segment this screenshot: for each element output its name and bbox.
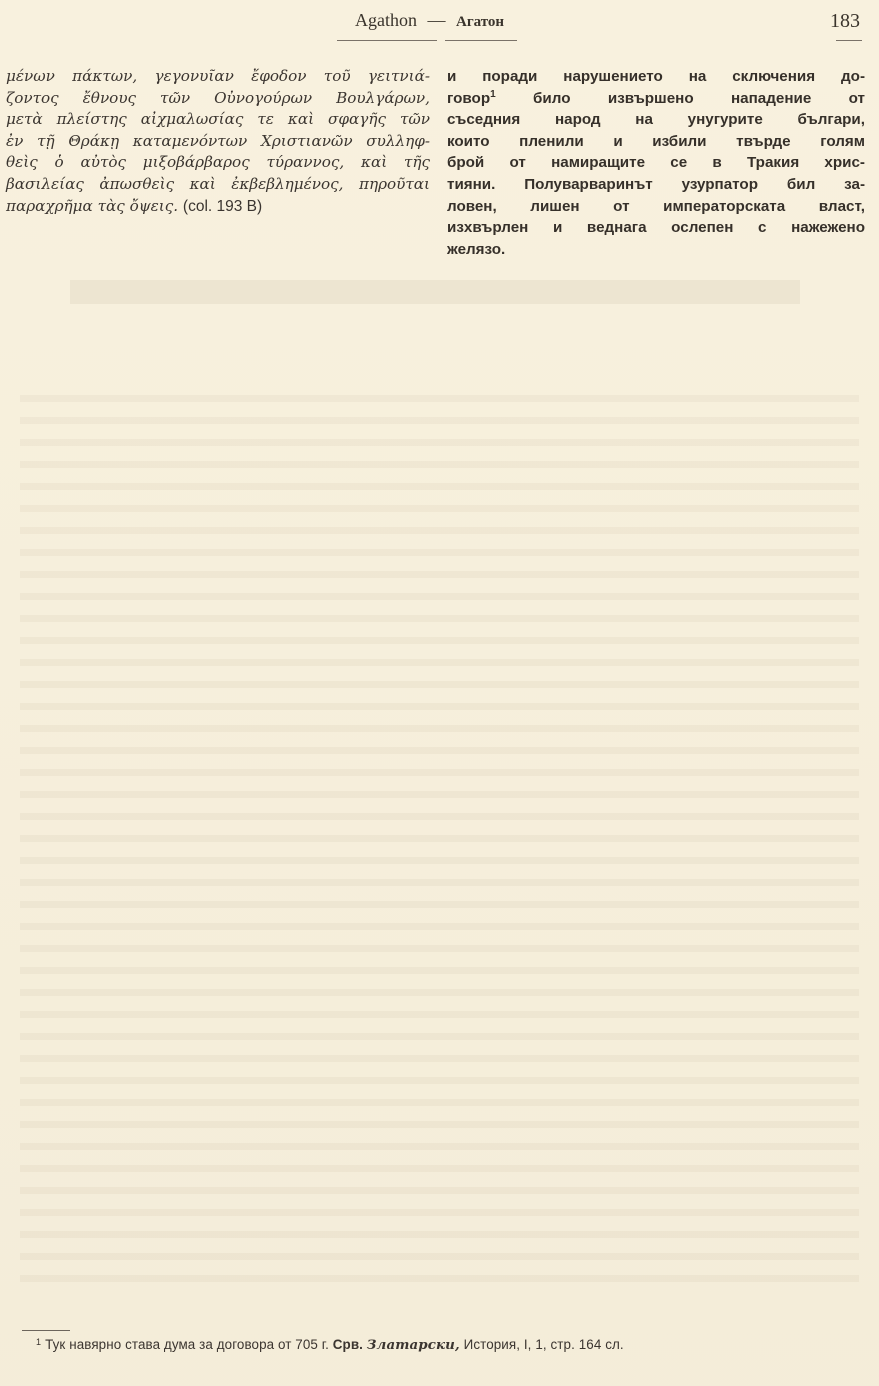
greek-column: μένων πάκτων, γεγονυῖαν ἔφοδον τοῦ γειτν…	[6, 66, 430, 217]
bulgarian-line: ловен, лишен от императорската власт,	[447, 196, 865, 218]
running-title-separator: —	[428, 10, 446, 30]
column-reference: (col. 193 B)	[183, 198, 262, 215]
bulgarian-line: брой от намиращите се в Тракия хрис-	[447, 152, 865, 174]
footnote-reference[interactable]: 1	[490, 89, 496, 100]
running-title-cyrillic: Агатон	[456, 14, 504, 30]
bulgarian-line: които пленили и избили твърде голям	[447, 131, 865, 153]
greek-line: παραχρῆμα τὰς ὄψεις.	[6, 197, 178, 215]
greek-line: θεὶς ὁ αὐτὸς μιξοβάρβαρος τύραννος, καὶ …	[6, 152, 430, 174]
footnote: 1Тук навярно става дума за договора от 7…	[36, 1337, 876, 1353]
bulgarian-line-rest: било извършено нападение от	[533, 90, 865, 107]
footnote-text: Тук навярно става дума за договора от 70…	[45, 1337, 329, 1352]
running-title-rule-right	[445, 40, 517, 41]
page-number-rule	[836, 40, 862, 41]
page-number: 183	[830, 10, 860, 33]
greek-line: βασιλείας ἀπωσθεὶς καὶ ἐκβεβλημένος, πηρ…	[6, 174, 430, 196]
bulgarian-line: тияни. Полуварваринът узурпатор бил за-	[447, 174, 865, 196]
bulgarian-line-start: говор	[447, 90, 490, 107]
footnote-author: Златарски,	[367, 1337, 460, 1353]
bulgarian-line: изхвърлен и веднага ослепен с нажежено	[447, 217, 865, 239]
bulgarian-line: съседния народ на унугурите българи,	[447, 109, 865, 131]
bulgarian-line: и поради нарушението на сключения до-	[447, 66, 865, 88]
bulgarian-column: и поради нарушението на сключения до- го…	[447, 66, 865, 260]
greek-line: ζοντος ἔθνους τῶν Οὐνογούρων Βουλγάρων,	[6, 88, 430, 110]
running-title-rule-left	[337, 40, 437, 41]
footnote-rule	[22, 1330, 70, 1331]
bulgarian-line-with-footnote: говор1 било извършено нападение от	[447, 88, 865, 110]
greek-line: μετὰ πλείστης αἰχμαλωσίας τε καὶ σφαγῆς …	[6, 109, 430, 131]
greek-line-last: παραχρῆμα τὰς ὄψεις. (col. 193 B)	[6, 196, 430, 218]
greek-line: ἐν τῇ Θράκῃ καταμενόντων Χριστιανῶν συλλ…	[6, 131, 430, 153]
footnote-citation: История, I, 1, стр. 164 сл.	[464, 1337, 624, 1352]
footnote-abbrev: Срв.	[333, 1337, 363, 1352]
running-head: Agathon — Агатон 183	[0, 8, 879, 38]
bleed-through-heading	[70, 280, 800, 304]
footnote-marker: 1	[36, 1337, 41, 1347]
bleed-through-text	[20, 395, 859, 1295]
greek-line: μένων πάκτων, γεγονυῖαν ἔφοδον τοῦ γειτν…	[6, 66, 430, 88]
running-title-latin: Agathon	[355, 10, 417, 30]
bulgarian-line: желязо.	[447, 239, 865, 261]
running-title: Agathon — Агатон	[355, 10, 504, 31]
